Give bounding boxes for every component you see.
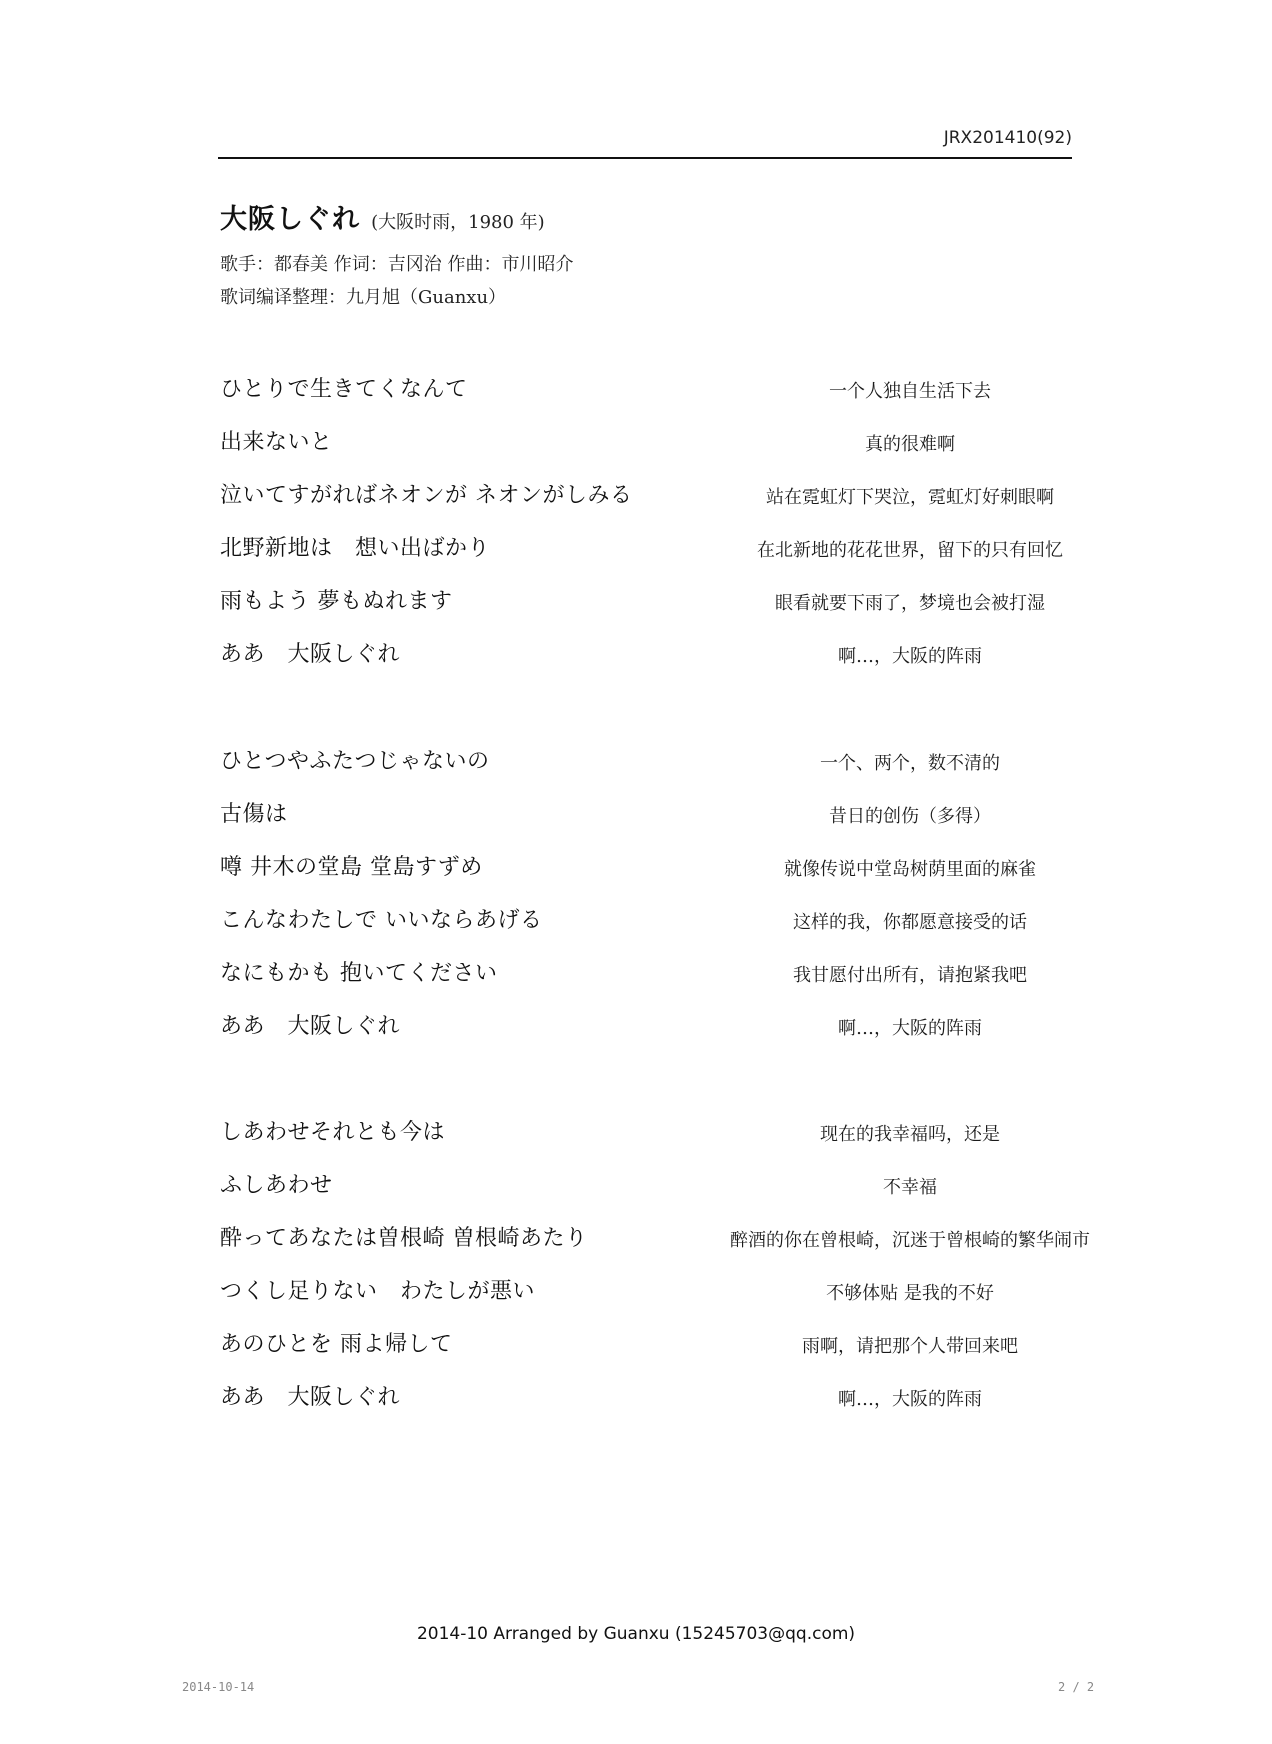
chinese-translation: 不够体贴 是我的不好: [670, 1279, 1150, 1305]
document-code: JRX201410(92): [944, 128, 1072, 148]
japanese-lyric: こんなわたしで いいならあげる: [220, 903, 543, 934]
chinese-translation: 真的很难啊: [670, 430, 1150, 456]
chinese-translation: 一个人独自生活下去: [670, 377, 1150, 403]
japanese-lyric: ひとりで生きてくなんて: [220, 372, 468, 403]
verse-2: ひとつやふたつじゃないの 一个、两个，数不清的 古傷は 昔日的创伤（多得） 噂 …: [220, 732, 1080, 1050]
lyric-line: しあわせそれとも今は 现在的我幸福吗，还是: [220, 1103, 1080, 1156]
chinese-translation: 啊…，大阪的阵雨: [670, 1385, 1150, 1411]
chinese-translation: 我甘愿付出所有，请抱紧我吧: [670, 961, 1150, 987]
japanese-lyric: 泣いてすがればネオンが ネオンがしみる: [220, 478, 633, 509]
japanese-lyric: 酔ってあなたは曽根崎 曽根崎あたり: [220, 1221, 588, 1252]
chinese-translation: 站在霓虹灯下哭泣，霓虹灯好刺眼啊: [670, 483, 1150, 509]
chinese-translation: 醉酒的你在曾根崎，沉迷于曾根崎的繁华闹市: [670, 1226, 1150, 1252]
lyric-line: 出来ないと 真的很难啊: [220, 413, 1080, 466]
japanese-lyric: 雨もよう 夢もぬれます: [220, 584, 453, 615]
lyric-line: 古傷は 昔日的创伤（多得）: [220, 785, 1080, 838]
chinese-translation: 眼看就要下雨了，梦境也会被打湿: [670, 589, 1150, 615]
japanese-lyric: ああ 大阪しぐれ: [220, 1009, 400, 1040]
chinese-translation: 在北新地的花花世界，留下的只有回忆: [670, 536, 1150, 562]
japanese-lyric: 北野新地は 想い出ばかり: [220, 531, 490, 562]
japanese-lyric: つくし足りない わたしが悪い: [220, 1274, 535, 1305]
lyric-line: ひとつやふたつじゃないの 一个、两个，数不清的: [220, 732, 1080, 785]
chinese-translation: 不幸福: [670, 1173, 1150, 1199]
japanese-lyric: 古傷は: [220, 797, 288, 828]
chinese-translation: 啊…，大阪的阵雨: [670, 1014, 1150, 1040]
print-date: 2014-10-14: [182, 1680, 254, 1694]
footer-credit: 2014-10 Arranged by Guanxu (15245703@qq.…: [0, 1624, 1272, 1644]
lyric-line: ああ 大阪しぐれ 啊…，大阪的阵雨: [220, 1368, 1080, 1421]
japanese-lyric: ひとつやふたつじゃないの: [220, 744, 490, 775]
lyric-line: 雨もよう 夢もぬれます 眼看就要下雨了，梦境也会被打湿: [220, 572, 1080, 625]
chinese-translation: 雨啊，请把那个人带回来吧: [670, 1332, 1150, 1358]
credits-line-1: 歌手：都春美 作词：吉冈治 作曲：市川昭介: [220, 250, 573, 276]
lyric-line: ああ 大阪しぐれ 啊…，大阪的阵雨: [220, 997, 1080, 1050]
lyric-line: ああ 大阪しぐれ 啊…，大阪的阵雨: [220, 625, 1080, 678]
lyric-line: こんなわたしで いいならあげる 这样的我，你都愿意接受的话: [220, 891, 1080, 944]
verse-3: しあわせそれとも今は 现在的我幸福吗，还是 ふしあわせ 不幸福 酔ってあなたは曽…: [220, 1103, 1080, 1421]
chinese-translation: 现在的我幸福吗，还是: [670, 1120, 1150, 1146]
lyric-line: 酔ってあなたは曽根崎 曽根崎あたり 醉酒的你在曾根崎，沉迷于曾根崎的繁华闹市: [220, 1209, 1080, 1262]
japanese-lyric: ああ 大阪しぐれ: [220, 637, 400, 668]
credits-line-2: 歌词编译整理：九月旭（Guanxu）: [220, 283, 506, 309]
chinese-translation: 昔日的创伤（多得）: [670, 802, 1150, 828]
lyric-line: つくし足りない わたしが悪い 不够体贴 是我的不好: [220, 1262, 1080, 1315]
verse-1: ひとりで生きてくなんて 一个人独自生活下去 出来ないと 真的很难啊 泣いてすがれ…: [220, 360, 1080, 678]
japanese-lyric: 噂 井木の堂島 堂島すずめ: [220, 850, 483, 881]
chinese-translation: 这样的我，你都愿意接受的话: [670, 908, 1150, 934]
lyric-line: ふしあわせ 不幸福: [220, 1156, 1080, 1209]
japanese-lyric: ああ 大阪しぐれ: [220, 1380, 400, 1411]
chinese-translation: 就像传说中堂岛树荫里面的麻雀: [670, 855, 1150, 881]
japanese-lyric: ふしあわせ: [220, 1168, 333, 1199]
lyric-line: 北野新地は 想い出ばかり 在北新地的花花世界，留下的只有回忆: [220, 519, 1080, 572]
song-title: 大阪しぐれ (大阪时雨，1980 年): [220, 197, 545, 236]
japanese-lyric: 出来ないと: [220, 425, 333, 456]
lyric-line: 泣いてすがればネオンが ネオンがしみる 站在霓虹灯下哭泣，霓虹灯好刺眼啊: [220, 466, 1080, 519]
lyric-line: あのひとを 雨よ帰して 雨啊，请把那个人带回来吧: [220, 1315, 1080, 1368]
header-rule: [218, 157, 1072, 159]
chinese-translation: 啊…，大阪的阵雨: [670, 642, 1150, 668]
page-number: 2 / 2: [1058, 1680, 1094, 1694]
japanese-lyric: なにもかも 抱いてください: [220, 956, 498, 987]
lyric-line: 噂 井木の堂島 堂島すずめ 就像传说中堂岛树荫里面的麻雀: [220, 838, 1080, 891]
lyric-line: なにもかも 抱いてください 我甘愿付出所有，请抱紧我吧: [220, 944, 1080, 997]
song-title-japanese: 大阪しぐれ: [220, 204, 360, 235]
japanese-lyric: しあわせそれとも今は: [220, 1115, 445, 1146]
chinese-translation: 一个、两个，数不清的: [670, 749, 1150, 775]
lyric-line: ひとりで生きてくなんて 一个人独自生活下去: [220, 360, 1080, 413]
song-title-subtitle: (大阪时雨，1980 年): [371, 212, 545, 233]
japanese-lyric: あのひとを 雨よ帰して: [220, 1327, 453, 1358]
